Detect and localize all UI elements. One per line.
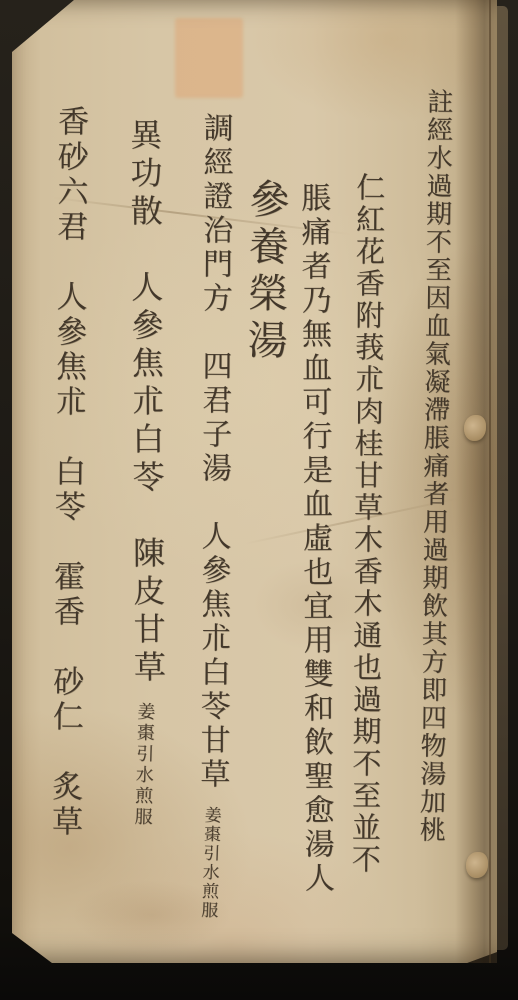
text-column-1: 註經水過期不至因血氣凝滯脹痛者用過期飲其方即四物湯加桃 bbox=[412, 88, 457, 844]
text-column-5: 調經證治門方 四君子湯 人參焦朮白苓甘草 bbox=[189, 112, 237, 792]
text-column-4: 參養榮湯 bbox=[236, 178, 296, 367]
text-column-2: 仁紅花香附莪朮肉桂甘草木香木通也過期不至並不 bbox=[345, 172, 391, 876]
adjacent-page-edge bbox=[497, 6, 508, 950]
text-column-3: 脹痛者乃無血可行是血虛也宜用雙和飲聖愈湯人 bbox=[290, 182, 338, 896]
binding-knot bbox=[464, 415, 486, 441]
seal-stamp bbox=[175, 18, 243, 98]
text-column-6: 異功散 人參焦朮白苓 陳皮甘草 bbox=[121, 118, 171, 688]
binding-knot bbox=[466, 852, 488, 878]
text-column-7: 香砂六君 人參焦朮 白苓 霍香 砂仁 炙草 bbox=[42, 105, 93, 840]
dosage-note-column-5: 姜棗引水煎服 bbox=[195, 806, 224, 921]
binding-edge-line bbox=[489, 0, 491, 963]
dosage-note-column-6: 姜棗引水煎服 bbox=[128, 702, 157, 829]
